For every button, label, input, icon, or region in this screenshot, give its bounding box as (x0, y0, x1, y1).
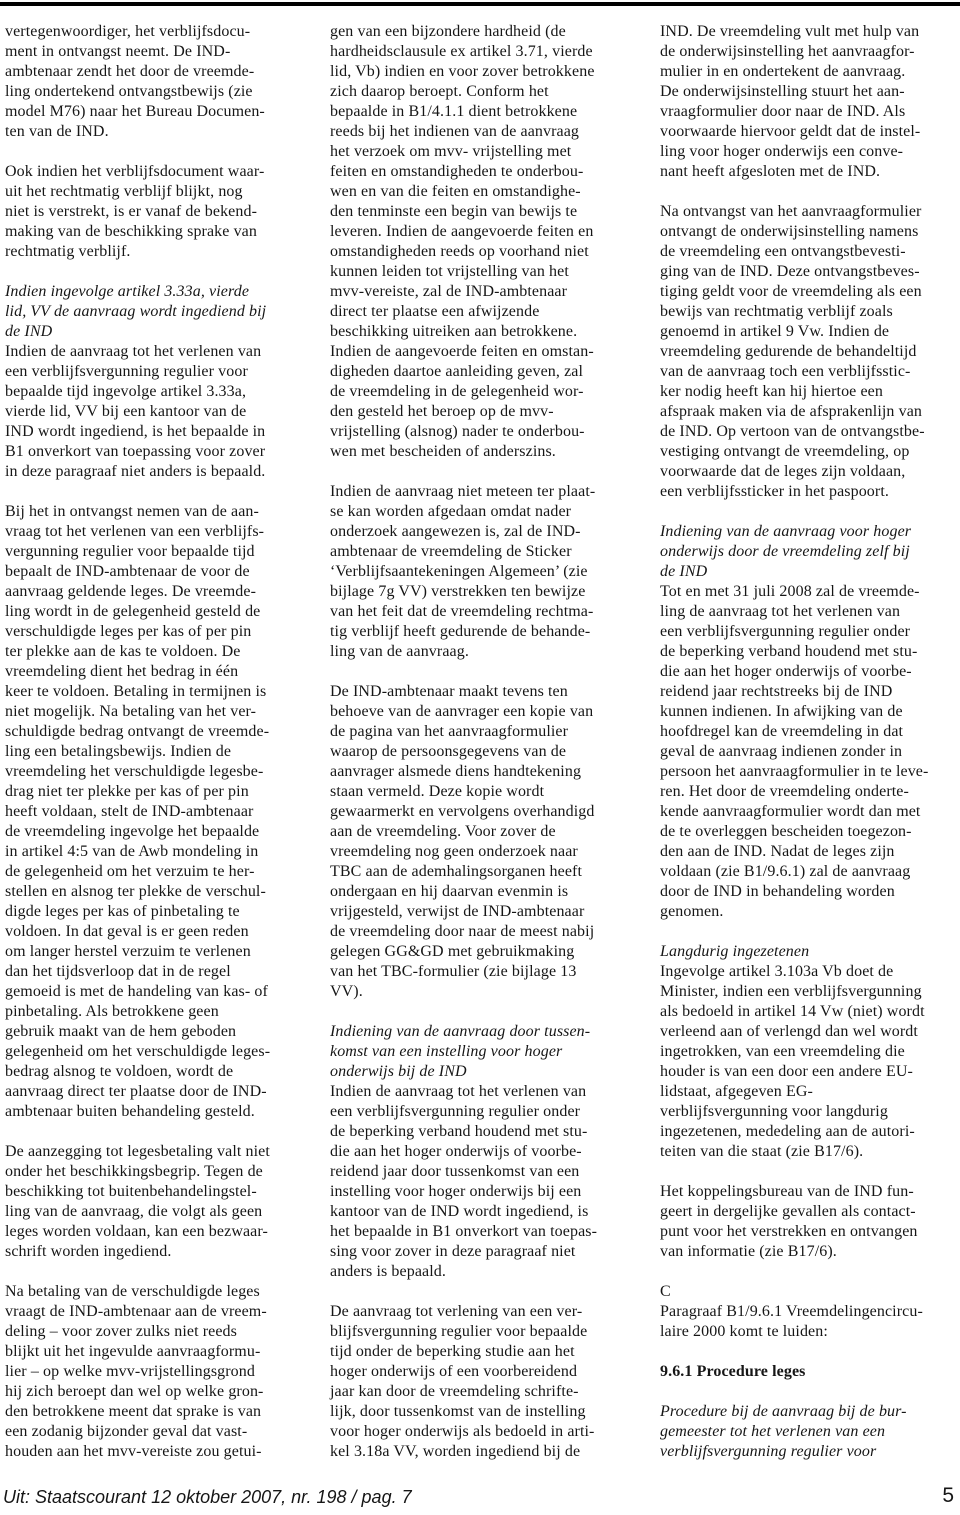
text-line: VV). (330, 982, 637, 1002)
text-line: voldoen. In dat geval is er geen reden (5, 922, 308, 942)
paragraph: De IND-ambtenaar maakt tevens tenbehoeve… (330, 682, 637, 1002)
text-line: ling van de aanvraag. (330, 642, 637, 662)
text-columns: vertegenwoordiger, het verblijfsdocu-men… (5, 22, 955, 1462)
text-line: lid, VV de aanvraag wordt ingediend bij (5, 302, 308, 322)
text-line: vraag tot het verlenen van een verblijfs… (5, 522, 308, 542)
text-line: persoon het aanvraagformulier in te leve… (660, 762, 955, 782)
text-line: blijkt uit het ingevulde aanvraagformu- (5, 1342, 308, 1362)
italic-heading: Indien ingevolge artikel 3.33a, vierdeli… (5, 282, 308, 342)
text-line: TBC aan de ademhalingsorganen heeft (330, 862, 637, 882)
text-line: gen van een bijzondere hardheid (de (330, 22, 637, 42)
text-line: vreemdeling gedurende de behandeltijd (660, 342, 955, 362)
text-line: onderwijs door de vreemdeling zelf bij (660, 542, 955, 562)
text-line: ter plekke aan de kas te voldoen. De (5, 642, 308, 662)
text-line: de vreemdeling door naar de meest nabij (330, 922, 637, 942)
text-line: van het TBC-formulier (zie bijlage 13 (330, 962, 637, 982)
text-line: stellen en alsnog ter plekke de verschul… (5, 882, 308, 902)
text-line: 9.6.1 Procedure leges (660, 1362, 955, 1382)
text-line: keer te voldoen. Betaling in termijnen i… (5, 682, 308, 702)
text-line: Indien de aanvraag tot het verlenen van (330, 1082, 637, 1102)
text-line: ling een betalingsbewijs. Indien de (5, 742, 308, 762)
text-line: den gesteld het beroep op de mvv- (330, 402, 637, 422)
text-line: ling wordt in de gelegenheid gesteld de (5, 602, 308, 622)
text-line: bepaalde tijd ingevolge artikel 3.33a, (5, 382, 308, 402)
text-line: leveren. Indien de aangevoerde feiten en (330, 222, 637, 242)
text-line: making van de beschikking sprake van (5, 222, 308, 242)
text-line: den tenminste een begin van bewijs te (330, 202, 637, 222)
text-line: de gelegenheid om het verzuim te her- (5, 862, 308, 882)
text-line: aanvraag direct ter plaatse door de IND- (5, 1082, 308, 1102)
text-line: de IND (660, 562, 955, 582)
paragraph: De aanvraag tot verlening van een ver-bl… (330, 1302, 637, 1462)
text-line: Indien de aangevoerde feiten en omstan- (330, 342, 637, 362)
text-line: ment in ontvangst neemt. De IND- (5, 42, 308, 62)
text-line: ingezetenen, mededeling aan de autori- (660, 1122, 955, 1142)
text-line: de IND (5, 322, 308, 342)
text-line: die aan het hoger onderwijs of voorbe- (330, 1142, 637, 1162)
text-line: Minister, indien een verblijfsvergunning (660, 982, 955, 1002)
text-line: voor hoger onderwijs als bedoeld in arti… (330, 1422, 637, 1442)
page-number: 5 (942, 1484, 954, 1508)
footer-source: Uit: Staatscourant 12 oktober 2007, nr. … (3, 1487, 412, 1508)
text-column-middle: gen van een bijzondere hardheid (dehardh… (330, 22, 637, 1462)
text-line: ambtenaar de vreemdeling de Sticker (330, 542, 637, 562)
text-line: ging van de IND. Deze ontvangstbeves- (660, 262, 955, 282)
text-line: ling van de aanvraag, die volgt als geen (5, 1202, 308, 1222)
text-line: bewijs van rechtmatig verblijf zoals (660, 302, 955, 322)
text-line: Het koppelingsbureau van de IND fun- (660, 1182, 955, 1202)
text-line: reeds bij het indienen van de aanvraag (330, 122, 637, 142)
text-line: feiten en omstandigheden te onderbou- (330, 162, 637, 182)
text-line: de onderwijsinstelling het aanvraagfor- (660, 42, 955, 62)
text-line: gelegen GG&GD met gebruikmaking (330, 942, 637, 962)
text-line: digde leges per kas of pinbetaling te (5, 902, 308, 922)
text-line: model M76) naar het Bureau Documen- (5, 102, 308, 122)
text-line: leges worden voldaan, kan een bezwaar- (5, 1222, 308, 1242)
text-line: reidend jaar rechtstreeks bij de IND (660, 682, 955, 702)
paragraph: vertegenwoordiger, het verblijfsdocu-men… (5, 22, 308, 142)
text-line: bijlage 7g VV) verstrekken ten bewijze (330, 582, 637, 602)
text-line: tiging geldt voor de vreemdeling als een (660, 282, 955, 302)
text-line: bepaalt de IND-ambtenaar de voor de (5, 562, 308, 582)
text-line: kantoor van de IND wordt ingediend, is (330, 1202, 637, 1222)
text-line: Tot en met 31 juli 2008 zal de vreemde- (660, 582, 955, 602)
text-line: verblijfsvergunning voor langdurig (660, 1102, 955, 1122)
text-line: digheden daartoe aanleiding geven, zal (330, 362, 637, 382)
text-line: Bij het in ontvangst nemen van de aan- (5, 502, 308, 522)
paragraph: Indien de aanvraag niet meteen ter plaat… (330, 482, 637, 662)
text-line: kende aanvraagformulier wordt dan met (660, 802, 955, 822)
paragraph: Indien de aanvraag tot het verlenen vane… (330, 1082, 637, 1282)
text-line: ling ondertekend ontvangstbewijs (zie (5, 82, 308, 102)
text-line: vraagt de IND-ambtenaar aan de vreem- (5, 1302, 308, 1322)
text-line: geval de aanvraag indienen zonder in (660, 742, 955, 762)
italic-heading: Indiening van de aanvraag voor hogeronde… (660, 522, 955, 582)
text-line: mvv-vereiste, zal de IND-ambtenaar (330, 282, 637, 302)
text-line: ondergaan en hij daarvan evenmin is (330, 882, 637, 902)
text-line: lidstaat, afgegeven EG- (660, 1082, 955, 1102)
text-line: een zodanig bijzonder geval dat vast- (5, 1422, 308, 1442)
paragraph: Indien de aanvraag tot het verlenen vane… (5, 342, 308, 482)
text-line: een verblijfsvergunning regulier onder (330, 1102, 637, 1122)
text-line: mulier in en ondertekent de aanvraag. (660, 62, 955, 82)
document-page: vertegenwoordiger, het verblijfsdocu-men… (0, 0, 960, 1515)
text-line: sing voor zover in deze paragraaf niet (330, 1242, 637, 1262)
text-line: ambtenaar buiten behandeling gesteld. (5, 1102, 308, 1122)
text-line: onderzoek aangewezen is, zal de IND- (330, 522, 637, 542)
text-line: ling de aanvraag tot het verlenen van (660, 602, 955, 622)
paragraph: Ook indien het verblijfsdocument waar-ui… (5, 162, 308, 262)
text-line: ambtenaar zendt het door de vreemde- (5, 62, 308, 82)
text-line: Indiening van de aanvraag door tussen- (330, 1022, 637, 1042)
text-line: heeft voldaan, stelt de IND-ambtenaar (5, 802, 308, 822)
text-line: den betrokkene meent dat sprake is van (5, 1402, 308, 1422)
text-line: onder het beschikkingsbegrip. Tegen de (5, 1162, 308, 1182)
text-line: ingetrokken, van een vreemdeling die (660, 1042, 955, 1062)
text-line: beschikking uitreiken aan betrokkene. (330, 322, 637, 342)
text-line: gelegenheid om het verschuldigde leges- (5, 1042, 308, 1062)
text-line: lijk, door tussenkomst van de instelling (330, 1402, 637, 1422)
text-line: omstandigheden reeds op voorhand niet (330, 242, 637, 262)
text-line: de IND. Op vertoon van de ontvangstbe- (660, 422, 955, 442)
text-line: niet is verstrekt, is er vanaf de bekend… (5, 202, 308, 222)
paragraph: IND. De vreemdeling vult met hulp vande … (660, 22, 955, 182)
text-line: wen met bescheiden of anderszins. (330, 442, 637, 462)
text-line: zich daarop beroept. Conform het (330, 82, 637, 102)
text-line: tijd onder de beperking studie aan het (330, 1342, 637, 1362)
text-line: het bepaalde in B1 onverkort van toepas- (330, 1222, 637, 1242)
text-line: drag niet ter plekke per kas of per pin (5, 782, 308, 802)
text-line: aanvraag geldende leges. De vreemde- (5, 582, 308, 602)
text-line: bepaalde in B1/4.1.1 dient betrokkene (330, 102, 637, 122)
paragraph: De aanzegging tot legesbetaling valt nie… (5, 1142, 308, 1262)
text-line: die aan het hoger onderwijs of voorbe- (660, 662, 955, 682)
text-line: van het feit dat de vreemdeling rechtma- (330, 602, 637, 622)
text-line: het verzoek om mvv- vrijstelling met (330, 142, 637, 162)
text-line: schrift worden ingediend. (5, 1242, 308, 1262)
text-line: om langer herstel verzuim te verlenen (5, 942, 308, 962)
text-line: onderwijs bij de IND (330, 1062, 637, 1082)
text-line: De IND-ambtenaar maakt tevens ten (330, 682, 637, 702)
text-line: lier – op welke mvv-vrijstellingsgrond (5, 1362, 308, 1382)
text-line: door de IND in behandeling worden (660, 882, 955, 902)
text-line: een verblijfsvergunning regulier voor (5, 362, 308, 382)
paragraph: CParagraaf B1/9.6.1 Vreemdelingencircu-l… (660, 1282, 955, 1342)
text-line: dan het tijdsverloop dat in de regel (5, 962, 308, 982)
text-line: hoger onderwijs of een voorbereidend (330, 1362, 637, 1382)
text-line: C (660, 1282, 955, 1302)
text-line: De onderwijsinstelling stuurt het aan- (660, 82, 955, 102)
text-line: verschuldigde leges per kas of per pin (5, 622, 308, 642)
text-line: gewaarmerkt en vervolgens overhandigd (330, 802, 637, 822)
text-line: De aanvraag tot verlening van een ver- (330, 1302, 637, 1322)
text-line: B1 onverkort van toepassing voor zover (5, 442, 308, 462)
text-line: voorwaarde hiervoor geldt dat de instel- (660, 122, 955, 142)
text-line: ten van de IND. (5, 122, 308, 142)
text-line: afspraak maken via de afsprakenlijn van (660, 402, 955, 422)
text-line: bedrag alsnog te voldoen, wordt de (5, 1062, 308, 1082)
paragraph: Na betaling van de verschuldigde legesvr… (5, 1282, 308, 1462)
text-line: in deze paragraaf niet anders is bepaald… (5, 462, 308, 482)
text-line: houden aan het mvv-vereiste zou getui- (5, 1442, 308, 1462)
text-line: de te overleggen bescheiden toegezon- (660, 822, 955, 842)
text-line: vierde lid, VV bij een kantoor van de (5, 402, 308, 422)
text-line: vestiging ontvangt de vreemdeling, op (660, 442, 955, 462)
text-line: een verblijfssticker in het paspoort. (660, 482, 955, 502)
text-line: tig verblijf heeft gedurende de behande- (330, 622, 637, 642)
text-line: ren. Het door de vreemdeling onderte- (660, 782, 955, 802)
text-line: genoemd in artikel 9 Vw. Indien de (660, 322, 955, 342)
paragraph: Na ontvangst van het aanvraagformulieron… (660, 202, 955, 502)
text-line: de vreemdeling een ontvangstbevesti- (660, 242, 955, 262)
text-line: Procedure bij de aanvraag bij de bur- (660, 1402, 955, 1422)
text-line: Indien de aanvraag niet meteen ter plaat… (330, 482, 637, 502)
text-line: Na betaling van de verschuldigde leges (5, 1282, 308, 1302)
text-line: laire 2000 komt te luiden: (660, 1322, 955, 1342)
text-line: van informatie (zie B17/6). (660, 1242, 955, 1262)
paragraph: Tot en met 31 juli 2008 zal de vreemde-l… (660, 582, 955, 922)
text-line: instelling voor hoger onderwijs bij een (330, 1182, 637, 1202)
bold-heading: 9.6.1 Procedure leges (660, 1362, 955, 1382)
text-line: voorwaarde dat de leges zijn voldaan, (660, 462, 955, 482)
italic-heading: Procedure bij de aanvraag bij de bur-gem… (660, 1402, 955, 1462)
text-line: als bedoeld in artikel 14 Vw (niet) word… (660, 1002, 955, 1022)
text-line: de pagina van het aanvraagformulier (330, 722, 637, 742)
text-line: vrijgesteld, verwijst de IND-ambtenaar (330, 902, 637, 922)
text-line: anders is bepaald. (330, 1262, 637, 1282)
text-line: gemoeid is met de handeling van kas- of (5, 982, 308, 1002)
text-column-right: IND. De vreemdeling vult met hulp vande … (660, 22, 955, 1462)
text-line: blijfsvergunning regulier voor bepaalde (330, 1322, 637, 1342)
text-line: ling voor hoger onderwijs een conve- (660, 142, 955, 162)
italic-heading: Indiening van de aanvraag door tussen-ko… (330, 1022, 637, 1082)
text-line: vraagformulier door naar de IND. Als (660, 102, 955, 122)
text-line: rechtmatig verblijf. (5, 242, 308, 262)
text-line: Ingevolge artikel 3.103a Vb doet de (660, 962, 955, 982)
italic-heading: Langdurig ingezetenen (660, 942, 955, 962)
text-line: ‘Verblijfsaantekeningen Algemeen’ (zie (330, 562, 637, 582)
text-line: waarop de persoonsgegevens van de (330, 742, 637, 762)
text-line: genomen. (660, 902, 955, 922)
text-line: IND wordt ingediend, is het bepaalde in (5, 422, 308, 442)
text-line: in artikel 4:5 van de Awb mondeling in (5, 842, 308, 862)
text-line: teiten van die staat (zie B17/6). (660, 1142, 955, 1162)
text-line: een verblijfsvergunning regulier onder (660, 622, 955, 642)
text-line: hardheidsclausule ex artikel 3.71, vierd… (330, 42, 637, 62)
text-line: vrijstelling (alsnog) nader te onderbou- (330, 422, 637, 442)
text-line: verblijfsvergunning regulier voor (660, 1442, 955, 1462)
paragraph: gen van een bijzondere hardheid (dehardh… (330, 22, 637, 462)
text-column-left: vertegenwoordiger, het verblijfsdocu-men… (5, 22, 308, 1462)
text-line: van de aanvraag toch een verblijfsstic- (660, 362, 955, 382)
text-line: se kan worden afgedaan omdat nader (330, 502, 637, 522)
text-line: reidend jaar door tussenkomst van een (330, 1162, 637, 1182)
text-line: Ook indien het verblijfsdocument waar- (5, 162, 308, 182)
text-line: vreemdeling dient het bedrag in één (5, 662, 308, 682)
text-line: nant heeft afgesloten met de IND. (660, 162, 955, 182)
text-line: punt voor het verstrekken en ontvangen (660, 1222, 955, 1242)
paragraph: Bij het in ontvangst nemen van de aan-vr… (5, 502, 308, 1122)
text-line: verleend aan of verlengd dan wel wordt (660, 1022, 955, 1042)
text-line: Indien de aanvraag tot het verlenen van (5, 342, 308, 362)
text-line: De aanzegging tot legesbetaling valt nie… (5, 1142, 308, 1162)
text-line: vertegenwoordiger, het verblijfsdocu- (5, 22, 308, 42)
paragraph: Ingevolge artikel 3.103a Vb doet deMinis… (660, 962, 955, 1162)
text-line: gemeester tot het verlenen van een (660, 1422, 955, 1442)
text-line: geert in dergelijke gevallen als contact… (660, 1202, 955, 1222)
text-line: aanvrager alsmede diens handtekening (330, 762, 637, 782)
text-line: lid, Vb) indien en voor zover betrokkene (330, 62, 637, 82)
text-line: hoofdregel kan de vreemdeling in dat (660, 722, 955, 742)
text-line: kunnen leiden tot vrijstelling van het (330, 262, 637, 282)
text-line: Indiening van de aanvraag voor hoger (660, 522, 955, 542)
text-line: jaar kan door de vreemdeling schrifte- (330, 1382, 637, 1402)
text-line: de vreemdeling ingevolge het bepaalde (5, 822, 308, 842)
text-line: komst van een instelling voor hoger (330, 1042, 637, 1062)
text-line: vreemdeling het verschuldigde legesbe- (5, 762, 308, 782)
text-line: kunnen indienen. In afwijking van de (660, 702, 955, 722)
text-line: ker nodig heeft kan hij hiertoe een (660, 382, 955, 402)
text-line: schuldigde bedrag ontvangt de vreemde- (5, 722, 308, 742)
text-line: direct ter plaatse een afwijzende (330, 302, 637, 322)
text-line: de beperking verband houdend met stu- (330, 1122, 637, 1142)
text-line: staan vermeld. Deze kopie wordt (330, 782, 637, 802)
text-line: de beperking verband houdend met stu- (660, 642, 955, 662)
top-rule (0, 2, 960, 6)
text-line: Indien ingevolge artikel 3.33a, vierde (5, 282, 308, 302)
text-line: houder is van een door een andere EU- (660, 1062, 955, 1082)
text-line: hij zich beroept dan wel op welke gron- (5, 1382, 308, 1402)
text-line: voldaan (zie B1/9.6.1) zal de aanvraag (660, 862, 955, 882)
text-line: Paragraaf B1/9.6.1 Vreemdelingencircu- (660, 1302, 955, 1322)
text-line: gebruik maakt van de hem geboden (5, 1022, 308, 1042)
text-line: vergunning regulier voor bepaalde tijd (5, 542, 308, 562)
text-line: kel 3.18a VV, worden ingediend bij de (330, 1442, 637, 1462)
text-line: pinbetaling. Als betrokkene geen (5, 1002, 308, 1022)
text-line: de vreemdeling in de gelegenheid wor- (330, 382, 637, 402)
text-line: niet mogelijk. Na betaling van het ver- (5, 702, 308, 722)
text-line: deling – voor zover zulks niet reeds (5, 1322, 308, 1342)
text-line: ontvangt de onderwijsinstelling namens (660, 222, 955, 242)
text-line: behoeve van de aanvrager een kopie van (330, 702, 637, 722)
text-line: aan de vreemdeling. Voor zover de (330, 822, 637, 842)
text-line: wen en van die feiten en omstandighe- (330, 182, 637, 202)
paragraph: Het koppelingsbureau van de IND fun-geer… (660, 1182, 955, 1262)
text-line: vreemdeling nog geen onderzoek naar (330, 842, 637, 862)
text-line: beschikking tot buitenbehandelingstel- (5, 1182, 308, 1202)
text-line: Langdurig ingezetenen (660, 942, 955, 962)
text-line: uit het rechtmatig verblijf blijkt, nog (5, 182, 308, 202)
text-line: Na ontvangst van het aanvraagformulier (660, 202, 955, 222)
text-line: den aan de IND. Nadat de leges zijn (660, 842, 955, 862)
text-line: IND. De vreemdeling vult met hulp van (660, 22, 955, 42)
